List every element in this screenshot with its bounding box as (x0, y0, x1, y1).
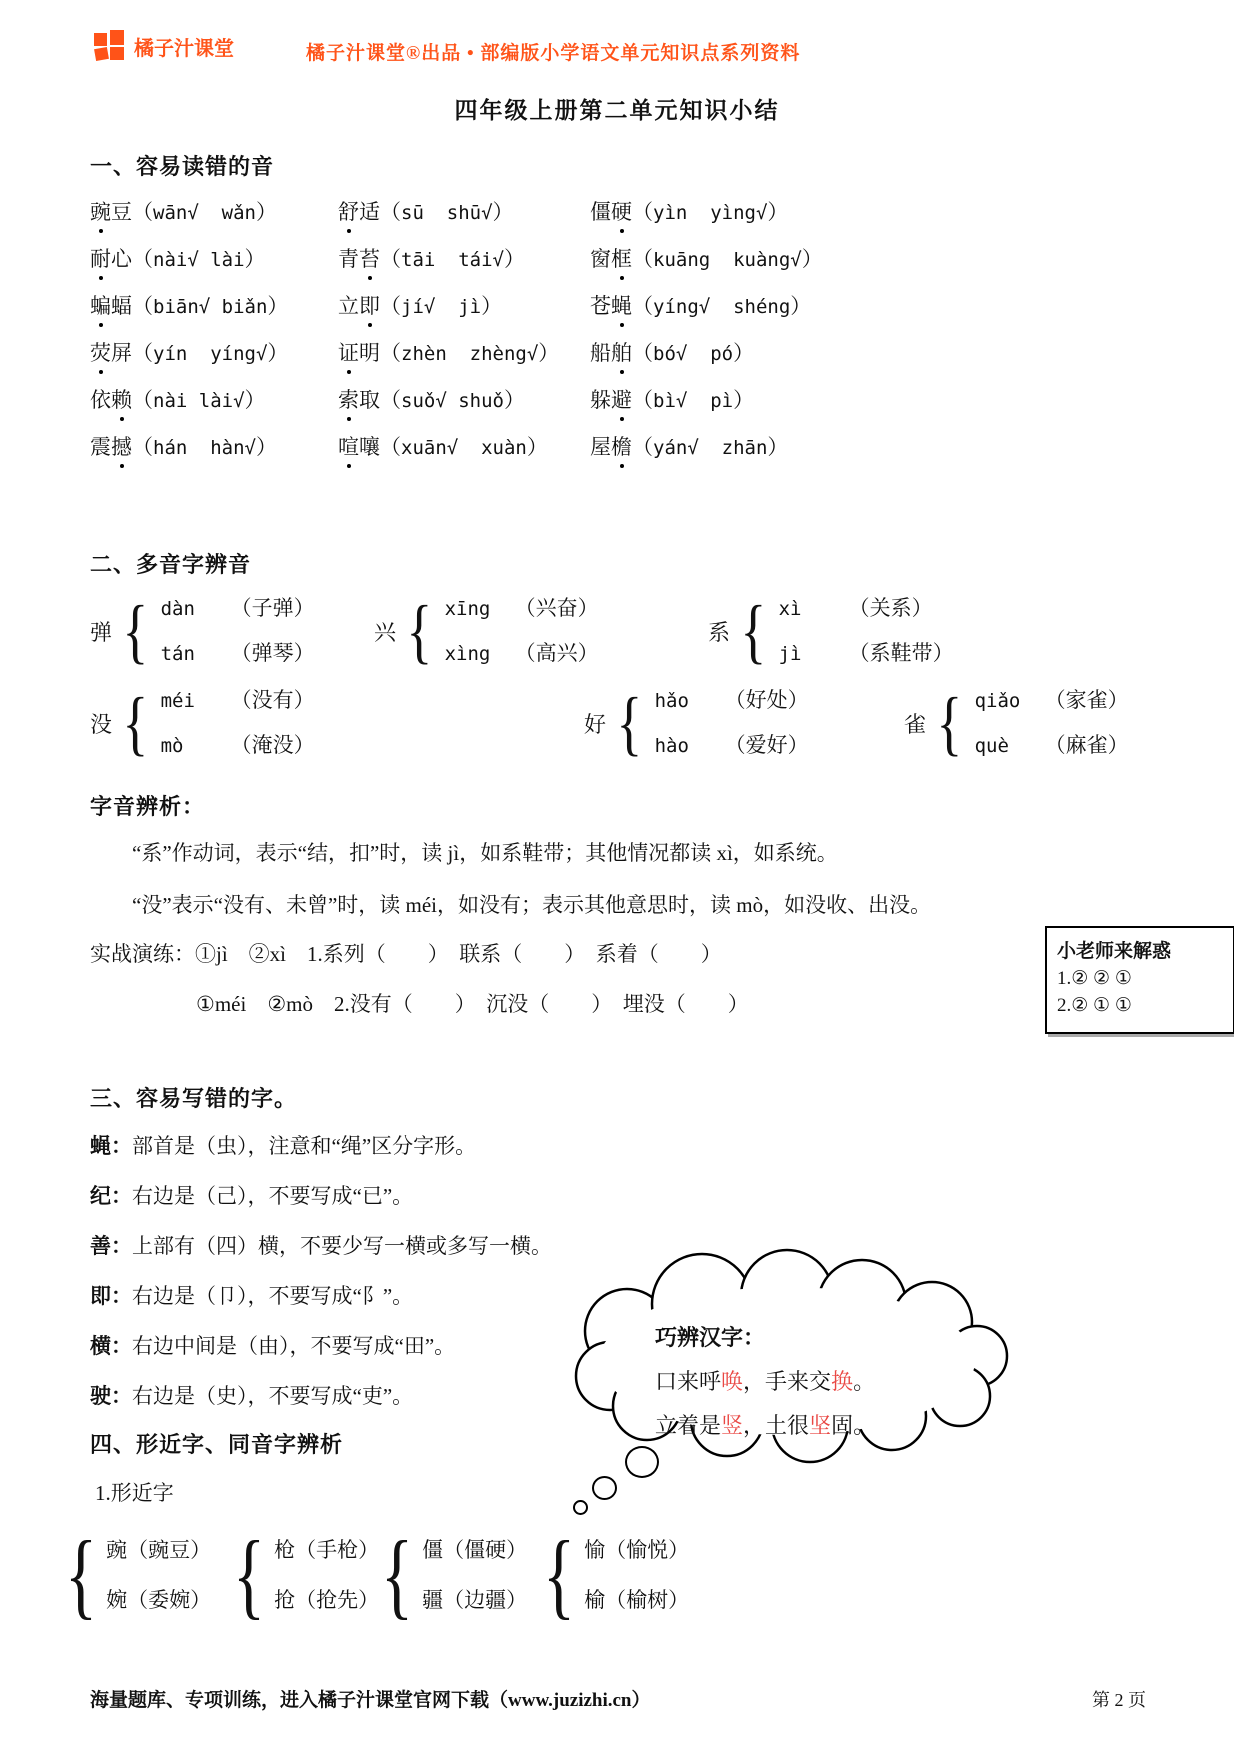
group-bottom-word: 抢（抢先） (274, 1575, 379, 1625)
item-char-label: 横： (90, 1334, 132, 1358)
entry-word: 索取 (338, 388, 380, 412)
section3-heading: 三、容易写错的字。 (90, 1082, 297, 1113)
cloud-text-segment: 立着是 (655, 1413, 721, 1438)
answer-box: 小老师来解惑 1.② ② ①2.② ① ① (1045, 926, 1234, 1034)
thought-trail-circle-small (573, 1500, 588, 1515)
entry-pinyin: yín yíng√ (153, 343, 267, 365)
entry-pinyin: biān√ biǎn (153, 296, 267, 318)
misread-entry: 蝙蝠（biān√ biǎn） (90, 290, 338, 337)
highlighted-char: 竖 (721, 1413, 743, 1438)
miswritten-char-item: 善：上部有（四）横，不要少写一横或多写一横。 (90, 1230, 552, 1260)
worksheet-page: 橘子汁课堂 橘子汁课堂®出品 • 部编版小学语文单元知识点系列资料 四年级上册第… (0, 0, 1234, 1747)
drill-line-2: ①méi ②mò 2.没有（ ） 沉没（ ） 埋没（ ） (196, 988, 749, 1018)
entry-word: 青苔 (338, 247, 380, 271)
entry-word: 躲避 (590, 388, 632, 412)
miswritten-char-item: 纪：右边是（己），不要写成“已”。 (90, 1180, 413, 1210)
group-top-word: 愉（愉悦） (584, 1525, 689, 1575)
brace-icon: { (122, 586, 148, 676)
entry-word: 耐心 (90, 247, 132, 271)
polyphone-reading: mò（淹没） (161, 723, 315, 768)
polyphone-char: 好 (584, 708, 606, 739)
misread-entry: 证明（zhèn zhèng√） (338, 337, 590, 384)
polyphone-group: 系{xì（关系）jì（系鞋带） (708, 586, 954, 676)
item-text: 右边是（卩），不要写成“阝”。 (132, 1284, 413, 1308)
polyphone-group: 没{méi（没有）mò（淹没） (90, 678, 315, 768)
entry-pinyin: yìn yìng√ (653, 202, 767, 224)
miswritten-char-item: 即：右边是（卩），不要写成“阝”。 (90, 1280, 413, 1310)
group-top-word: 豌（豌豆） (106, 1525, 211, 1575)
similar-char-group: {枪（手枪）抢（抢先） (226, 1520, 379, 1630)
entry-pinyin: wān√ wǎn (153, 202, 256, 224)
entry-word: 喧嚷 (338, 435, 380, 459)
entry-pinyin: xuān√ xuàn (401, 437, 527, 459)
misread-entry: 依赖（nài lài√） (90, 384, 338, 431)
polyphone-reading: tán（弹琴） (161, 631, 315, 676)
entry-word: 苍蝇 (590, 294, 632, 318)
brace-icon: { (543, 1520, 575, 1630)
answer-line: 1.② ② ① (1057, 965, 1223, 992)
cloud-line-1: 口来呼唤，手来交换。 (655, 1360, 875, 1404)
entry-pinyin: tāi tái√ (401, 249, 504, 271)
item-char-label: 即： (90, 1284, 132, 1308)
entry-word: 舒适 (338, 200, 380, 224)
entry-pinyin: bì√ pì (653, 390, 733, 412)
item-char-label: 驶： (90, 1384, 132, 1408)
polyphone-reading: xìng（高兴） (445, 631, 599, 676)
misread-entry: 耐心（nài√ lài） (90, 243, 338, 290)
polyphone-reading: méi（没有） (161, 678, 315, 723)
polyphone-reading: jì（系鞋带） (779, 631, 954, 676)
brace-icon: { (381, 1520, 413, 1630)
brace-icon: { (616, 678, 642, 768)
section1-heading: 一、容易读错的音 (90, 150, 274, 181)
polyphone-reading: què（麻雀） (975, 723, 1129, 768)
brace-icon: { (122, 678, 148, 768)
cloud-text-segment: 固。 (831, 1413, 875, 1438)
misread-entry: 舒适（sū shū√） (338, 196, 590, 243)
logo-text: 橘子汁课堂 (134, 32, 234, 61)
polyphone-reading: qiǎo（家雀） (975, 678, 1129, 723)
polyphone-reading: hào（爱好） (655, 723, 809, 768)
polyphone-char: 系 (708, 616, 730, 647)
entry-pinyin: suǒ√ shuǒ (401, 390, 504, 412)
item-char-label: 蝇： (90, 1134, 132, 1158)
cloud-text-segment: 。 (853, 1369, 875, 1394)
polyphone-reading: xì（关系） (779, 586, 954, 631)
brace-icon: { (936, 678, 962, 768)
entry-pinyin: nài lài√ (153, 390, 245, 412)
answer-line: 2.② ① ① (1057, 992, 1223, 1019)
orange-squares-logo-icon (94, 30, 126, 62)
section4-heading: 四、形近字、同音字辨析 (90, 1428, 343, 1459)
misread-entry: 震撼（hán hàn√） (90, 431, 338, 478)
footer-site-text: 海量题库、专项训练，进入橘子汁课堂官网下载（www.juzizhi.cn） (90, 1685, 651, 1712)
group-bottom-word: 疆（边疆） (422, 1575, 527, 1625)
entry-word: 屋檐 (590, 435, 632, 459)
item-char-label: 纪： (90, 1184, 132, 1208)
entry-pinyin: sū shū√ (401, 202, 493, 224)
page-title: 四年级上册第二单元知识小结 (0, 92, 1234, 125)
entry-word: 窗框 (590, 247, 632, 271)
section2-heading: 二、多音字辨音 (90, 548, 251, 579)
entry-pinyin: yíng√ shéng (653, 296, 790, 318)
highlighted-char: 坚 (809, 1413, 831, 1438)
thought-trail-circle-large (625, 1446, 659, 1478)
misread-entry: 苍蝇（yíng√ shéng） (590, 290, 1160, 337)
highlighted-char: 换 (831, 1369, 853, 1394)
thought-bubble: 巧辨汉字： 口来呼唤，手来交换。 立着是竖，土很坚固。 (552, 1256, 1014, 1472)
entry-word: 荧屏 (90, 341, 132, 365)
polyphone-group: 好{hǎo（好处）hào（爱好） (584, 678, 809, 768)
group-bottom-word: 榆（榆树） (584, 1575, 689, 1625)
misread-entry: 屋檐（yán√ zhān） (590, 431, 1160, 478)
analysis-paragraph-1: “系”作动词，表示“结，扣”时，读 jì，如系鞋带；其他情况都读 xì，如系统。 (90, 838, 1165, 868)
entry-pinyin: nài√ lài (153, 249, 245, 271)
entry-pinyin: bó√ pó (653, 343, 733, 365)
brace-icon: { (233, 1520, 265, 1630)
answer-box-lines: 1.② ② ①2.② ① ① (1057, 965, 1223, 1019)
cloud-text: 巧辨汉字： 口来呼唤，手来交换。 立着是竖，土很坚固。 (655, 1316, 875, 1448)
entry-pinyin: hán hàn√ (153, 437, 256, 459)
section4-subheading: 1.形近字 (95, 1477, 174, 1507)
misread-entry: 青苔（tāi tái√） (338, 243, 590, 290)
polyphone-char: 雀 (904, 708, 926, 739)
misread-entry: 索取（suǒ√ shuǒ） (338, 384, 590, 431)
polyphone-reading: xīng（兴奋） (445, 586, 599, 631)
cloud-text-segment: 口来呼 (655, 1369, 721, 1394)
misread-entry: 窗框（kuāng kuàng√） (590, 243, 1160, 290)
misread-entry: 立即（jí√ jì） (338, 290, 590, 337)
miswritten-char-item: 驶：右边是（史），不要写成“吏”。 (90, 1380, 413, 1410)
entry-word: 震撼 (90, 435, 132, 459)
entry-pinyin: jí√ jì (401, 296, 481, 318)
polyphone-reading: dàn（子弹） (161, 586, 315, 631)
group-top-word: 枪（手枪） (274, 1525, 379, 1575)
cloud-text-segment: ，土很 (743, 1413, 809, 1438)
drill-line-1: 实战演练：①jì ②xì 1.系列（ ） 联系（ ） 系着（ ） (90, 938, 722, 968)
cloud-title: 巧辨汉字： (655, 1316, 875, 1360)
brace-icon: { (740, 586, 766, 676)
item-text: 上部有（四）横，不要少写一横或多写一横。 (132, 1234, 552, 1258)
item-text: 右边是（己），不要写成“已”。 (132, 1184, 413, 1208)
misread-entry: 喧嚷（xuān√ xuàn） (338, 431, 590, 478)
highlighted-char: 唤 (721, 1369, 743, 1394)
page-number: 第 2 页 (1092, 1686, 1146, 1712)
polyphone-group: 雀{qiǎo（家雀）què（麻雀） (904, 678, 1129, 768)
brand-logo: 橘子汁课堂 (94, 30, 234, 62)
entry-word: 立即 (338, 294, 380, 318)
entry-word: 依赖 (90, 388, 132, 412)
brace-icon: { (65, 1520, 97, 1630)
item-text: 右边是（史），不要写成“吏”。 (132, 1384, 413, 1408)
polyphone-char: 没 (90, 708, 112, 739)
polyphone-group: 弹{dàn（子弹）tán（弹琴） (90, 586, 315, 676)
miswritten-char-item: 蝇：部首是（虫），注意和“绳”区分字形。 (90, 1130, 476, 1160)
cloud-line-2: 立着是竖，土很坚固。 (655, 1404, 875, 1448)
misread-grid: 豌豆（wān√ wǎn）舒适（sū shū√）僵硬（yìn yìng√）耐心（n… (90, 196, 1160, 478)
polyphone-char: 兴 (374, 616, 396, 647)
entry-word: 豌豆 (90, 200, 132, 224)
similar-char-group: {豌（豌豆）婉（委婉） (58, 1520, 211, 1630)
group-top-word: 僵（僵硬） (422, 1525, 527, 1575)
item-char-label: 善： (90, 1234, 132, 1258)
misread-entry: 荧屏（yín yíng√） (90, 337, 338, 384)
entry-word: 证明 (338, 341, 380, 365)
entry-pinyin: zhèn zhèng√ (401, 343, 538, 365)
item-text: 右边中间是（由），不要写成“田”。 (132, 1334, 455, 1358)
brace-icon: { (406, 586, 432, 676)
entry-word: 蝙蝠 (90, 294, 132, 318)
polyphone-char: 弹 (90, 616, 112, 647)
cloud-text-segment: ，手来交 (743, 1369, 831, 1394)
answer-box-title: 小老师来解惑 (1057, 936, 1223, 963)
polyphone-group: 兴{xīng（兴奋）xìng（高兴） (374, 586, 599, 676)
analysis-heading: 字音辨析： (90, 790, 205, 821)
entry-pinyin: yán√ zhān (653, 437, 767, 459)
misread-entry: 船舶（bó√ pó） (590, 337, 1160, 384)
thought-trail-circle-medium (592, 1476, 617, 1500)
analysis-paragraph-2: “没”表示“没有、未曾”时，读 méi，如没有；表示其他意思时，读 mò，如没收… (90, 890, 1165, 920)
entry-word: 船舶 (590, 341, 632, 365)
entry-pinyin: kuāng kuàng√ (653, 249, 802, 271)
polyphone-reading: hǎo（好处） (655, 678, 809, 723)
header-banner: 橘子汁课堂®出品 • 部编版小学语文单元知识点系列资料 (306, 38, 800, 65)
misread-entry: 躲避（bì√ pì） (590, 384, 1160, 431)
similar-char-group: {愉（愉悦）榆（榆树） (536, 1520, 689, 1630)
entry-word: 僵硬 (590, 200, 632, 224)
similar-char-group: {僵（僵硬）疆（边疆） (374, 1520, 527, 1630)
miswritten-char-item: 横：右边中间是（由），不要写成“田”。 (90, 1330, 455, 1360)
misread-entry: 僵硬（yìn yìng√） (590, 196, 1160, 243)
item-text: 部首是（虫），注意和“绳”区分字形。 (132, 1134, 476, 1158)
misread-entry: 豌豆（wān√ wǎn） (90, 196, 338, 243)
page-footer: 海量题库、专项训练，进入橘子汁课堂官网下载（www.juzizhi.cn） 第 … (90, 1685, 1146, 1712)
group-bottom-word: 婉（委婉） (106, 1575, 211, 1625)
